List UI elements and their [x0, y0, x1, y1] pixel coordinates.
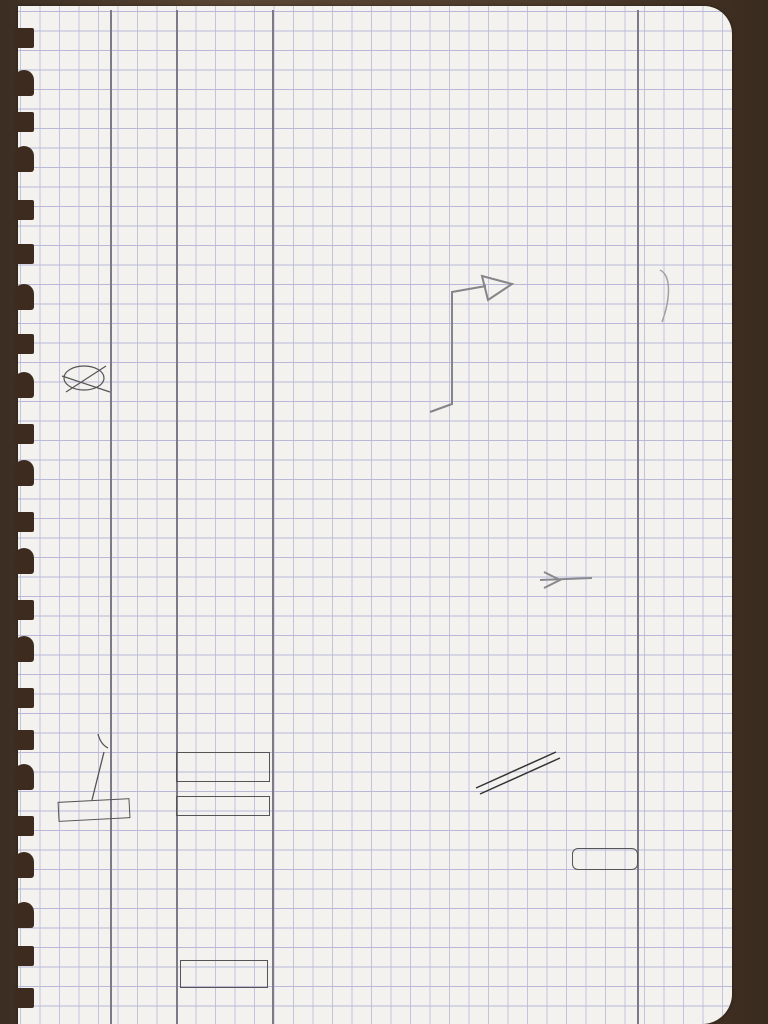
pencil-strokes — [0, 0, 768, 1024]
